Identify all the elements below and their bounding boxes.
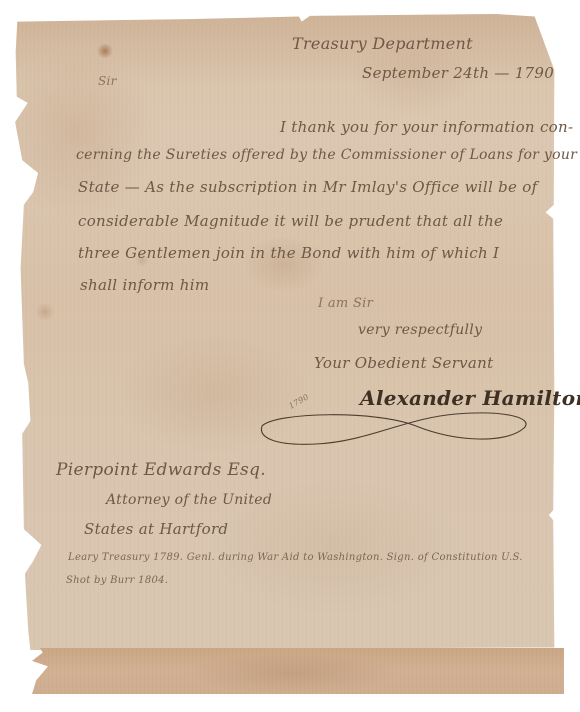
ink-stain [96, 44, 114, 58]
body-line-3: State — As the subscription in Mr Imlay'… [78, 178, 537, 196]
body-line-4: considerable Magnitude it will be pruden… [78, 212, 503, 230]
body-line-2: cerning the Sureties offered by the Comm… [76, 147, 577, 163]
annotation-line-1: Leary Treasury 1789. Genl. during War Ai… [68, 552, 523, 563]
folded-bottom-strip [32, 648, 564, 694]
foxing-spot [34, 304, 56, 320]
addressee-location: States at Hartford [84, 520, 228, 538]
letter-date: September 24th — 1790 [362, 64, 554, 82]
body-line-5: three Gentlemen join in the Bond with hi… [78, 244, 499, 262]
annotation-line-2: Shot by Burr 1804. [66, 575, 168, 586]
closing-line-1: I am Sir [318, 296, 373, 311]
closing-line-2: very respectfully [358, 322, 482, 338]
document-viewer: Treasury Department September 24th — 179… [0, 0, 580, 712]
body-line-6: shall inform him [80, 276, 209, 294]
closing-line-3: Your Obedient Servant [314, 354, 493, 372]
addressee-title: Attorney of the United [106, 492, 272, 508]
salutation: Sir [98, 74, 117, 88]
body-line-1: I thank you for your information con- [280, 118, 573, 136]
letterhead-department: Treasury Department [292, 34, 473, 53]
signature-flourish [256, 404, 536, 454]
addressee-name: Pierpoint Edwards Esq. [56, 460, 266, 480]
